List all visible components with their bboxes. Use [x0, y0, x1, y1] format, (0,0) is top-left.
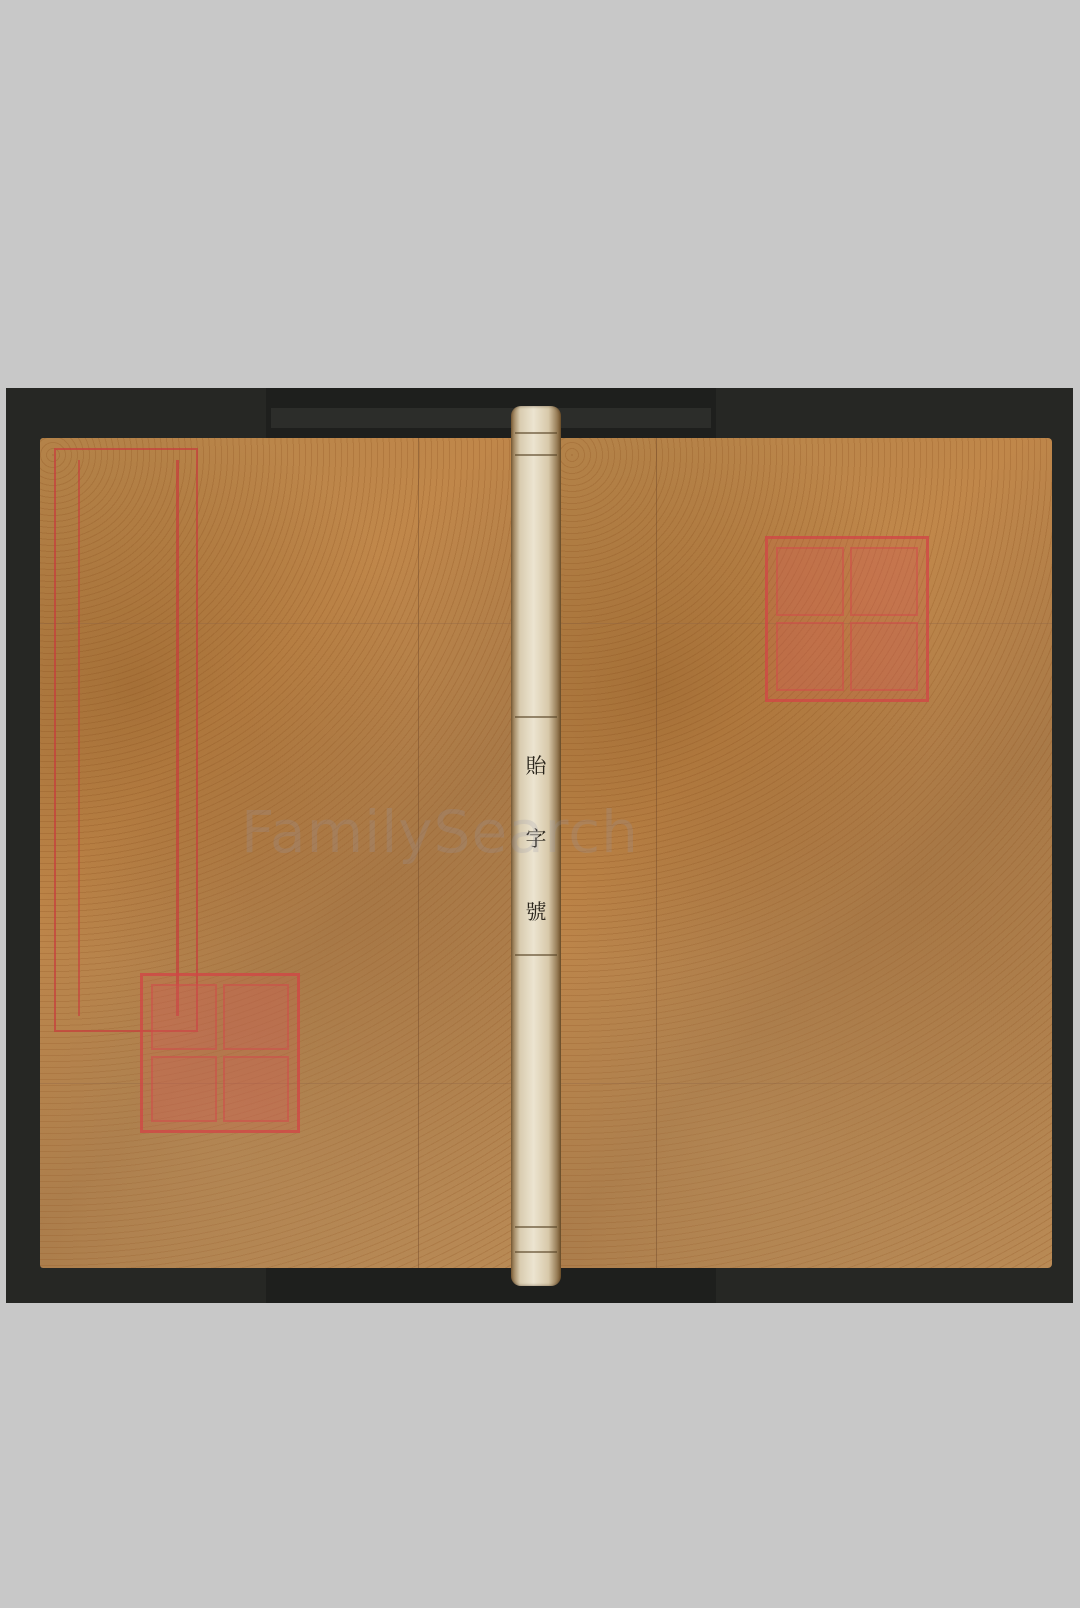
collector-seal	[140, 973, 300, 1133]
spine-stitch	[515, 432, 557, 434]
spine-stitch	[515, 454, 557, 456]
title-label-text	[78, 460, 179, 1016]
spine-stitch	[515, 716, 557, 718]
spine-stitch	[515, 954, 557, 956]
fold-line	[656, 438, 657, 1268]
spine-stitch	[515, 1251, 557, 1253]
spine-char: 貽	[526, 750, 547, 780]
backdrop-plank	[271, 408, 711, 428]
fold-line	[559, 1083, 1052, 1084]
title-label-faded	[54, 448, 198, 1032]
scanned-book-image: 貽 字 號 FamilySearch	[6, 388, 1073, 1303]
spine-char: 號	[526, 896, 547, 926]
collector-seal	[765, 536, 929, 702]
watermark: FamilySearch	[241, 798, 639, 866]
spine-stitch	[515, 1226, 557, 1228]
